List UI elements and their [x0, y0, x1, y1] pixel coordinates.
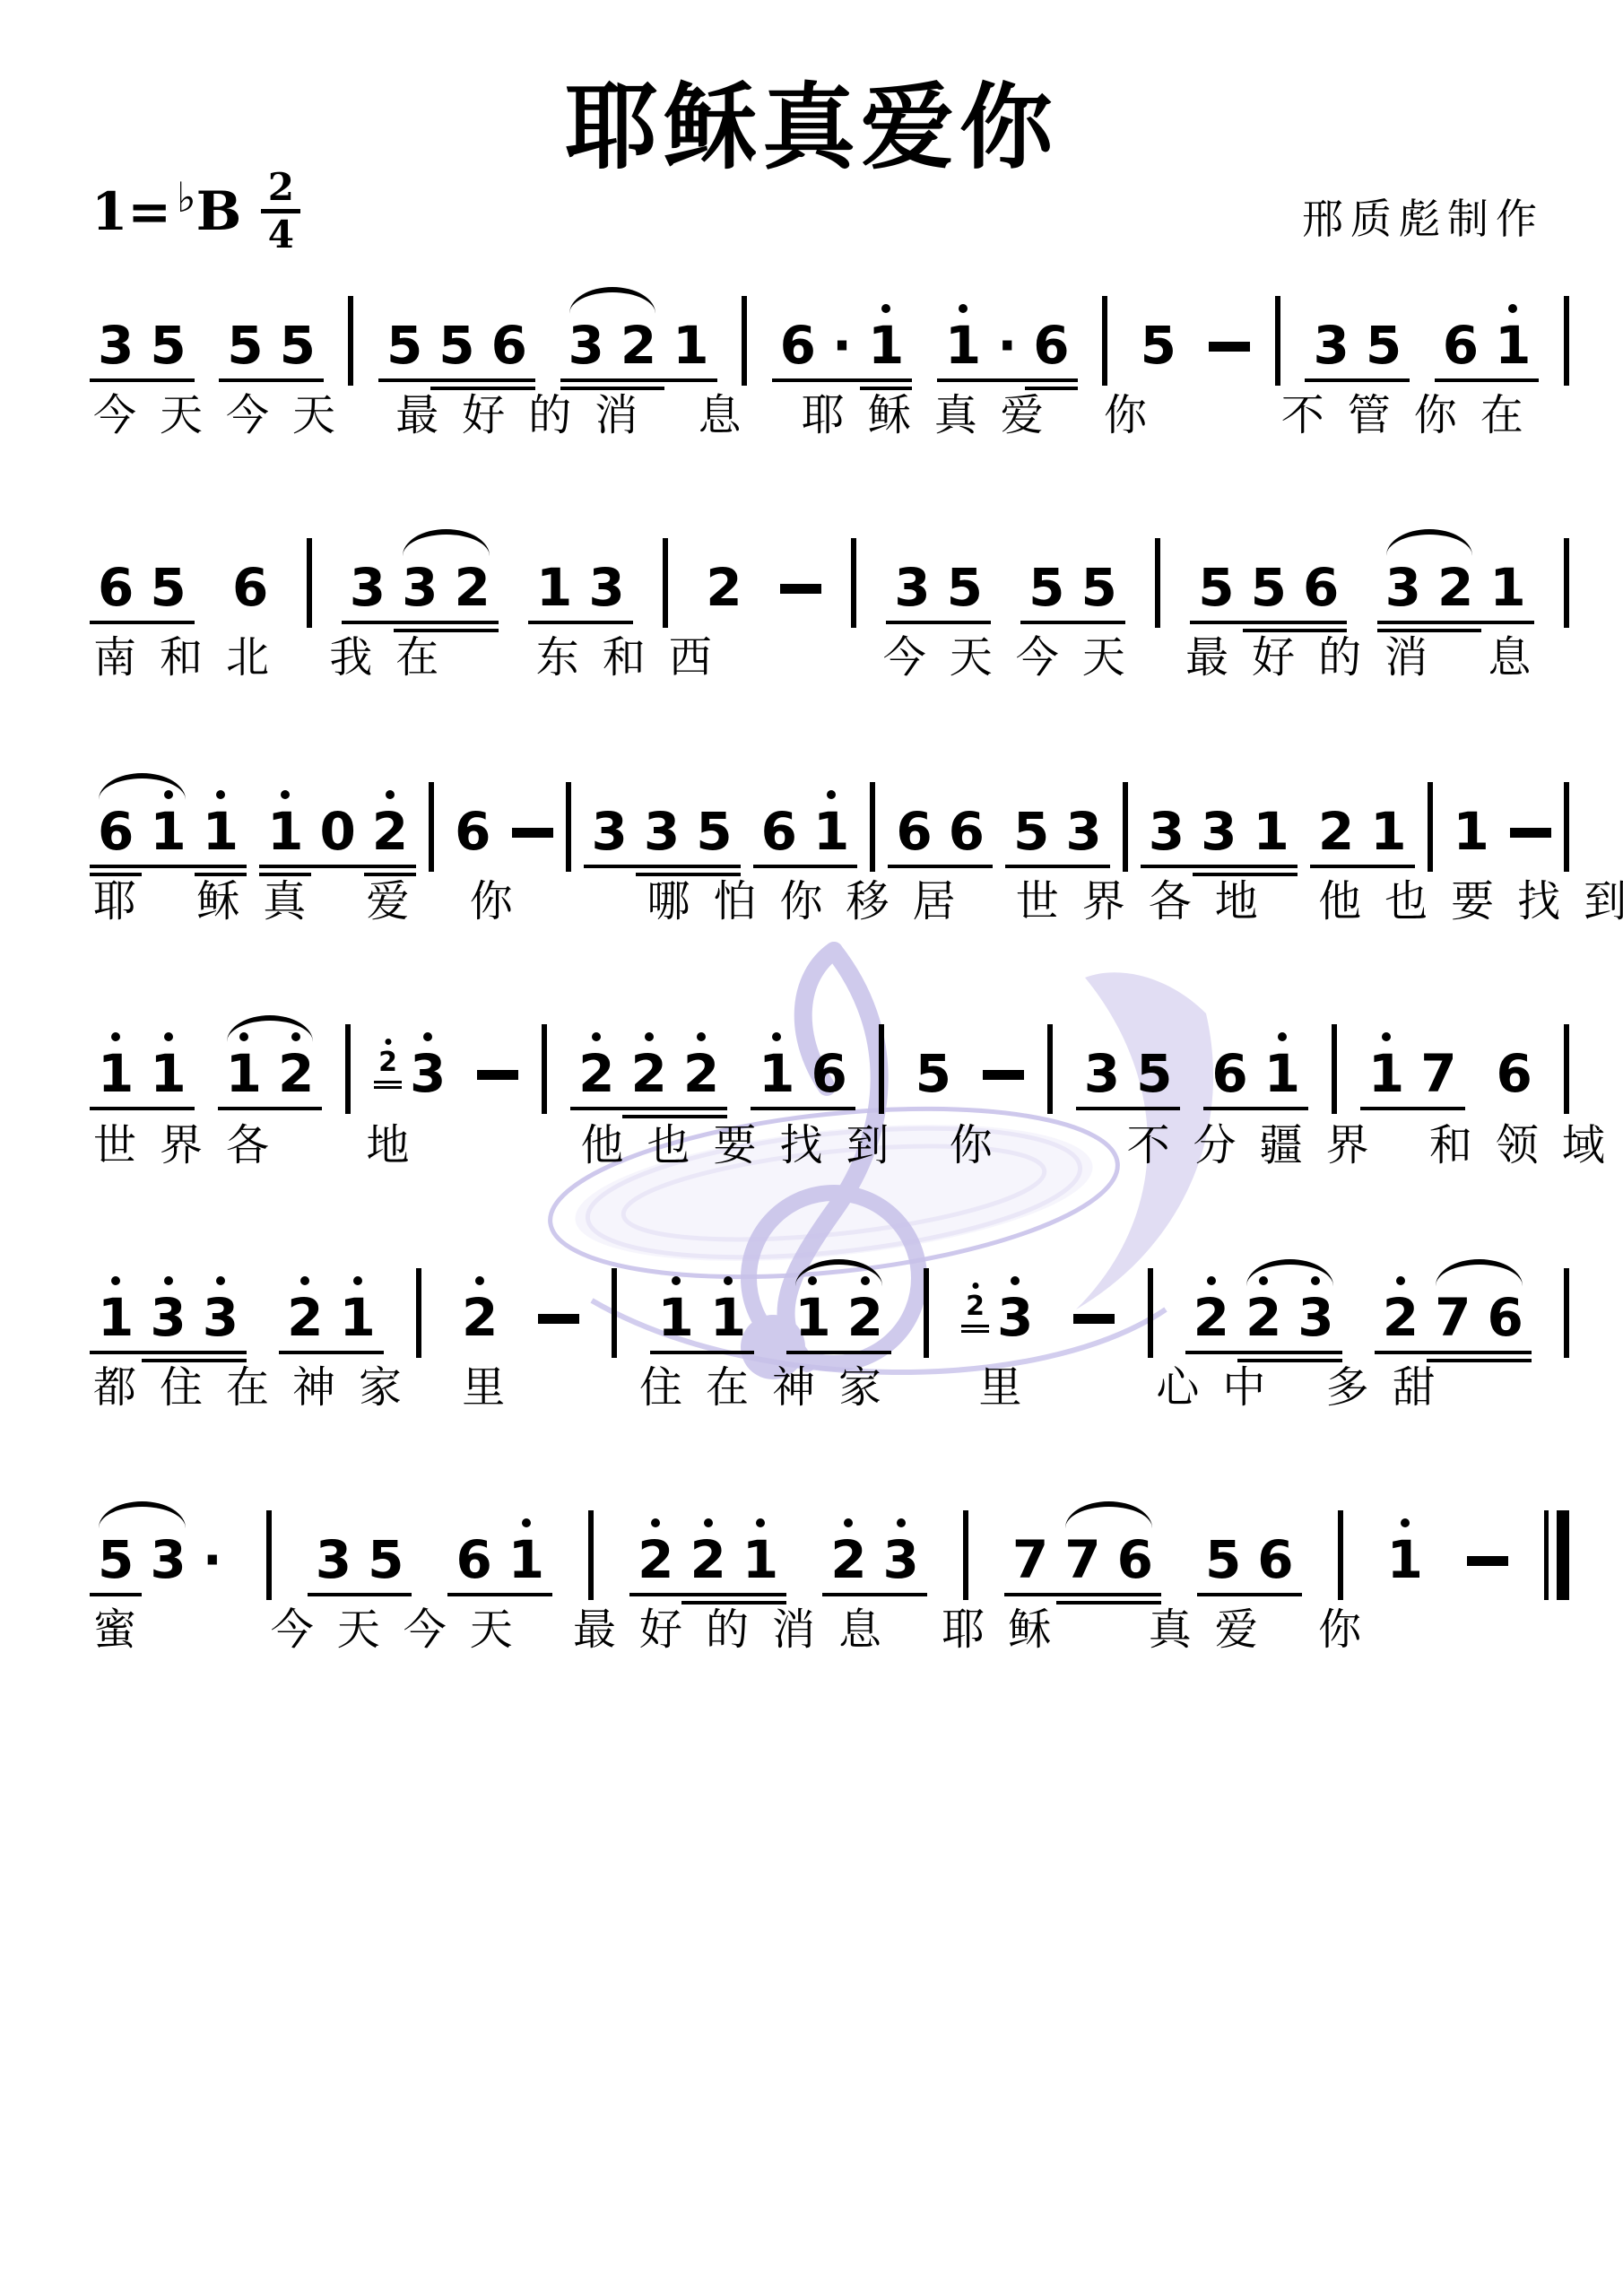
- slur: 12: [218, 1048, 323, 1100]
- note-group: 556: [1190, 561, 1347, 628]
- note-group: 35: [1076, 1048, 1181, 1114]
- note: 6: [90, 561, 142, 613]
- barline: [348, 296, 353, 386]
- barline: [1148, 1268, 1153, 1358]
- note: 5: [1128, 1048, 1180, 1100]
- note: 3: [90, 319, 142, 371]
- note-group: 13: [528, 561, 633, 628]
- lyrics-line-4: 世界各 地 他也要找到 你 不分疆界 和领域: [93, 1110, 1600, 1172]
- notes-line-2: 6563321323555556321: [90, 511, 1569, 628]
- note-group: 21: [1310, 805, 1415, 872]
- barline: [1047, 1024, 1053, 1114]
- note: 1: [142, 805, 194, 857]
- final-barline: [1544, 1510, 1569, 1600]
- note: 2: [270, 1048, 322, 1100]
- note: 2: [446, 561, 498, 613]
- barline: [851, 538, 856, 628]
- barline: [663, 538, 668, 628]
- note: 1: [259, 805, 311, 857]
- barline: [416, 1268, 421, 1358]
- note: 6: [1025, 319, 1077, 371]
- note-group: 11: [90, 1048, 195, 1114]
- note: 6: [888, 805, 940, 857]
- note: 6: [447, 805, 499, 857]
- note-group: 221: [629, 1534, 786, 1600]
- lyrics-line-2: 南和北 我在 东和西 今天今天 最好的消 息: [93, 622, 1600, 684]
- note: 1: [142, 1048, 194, 1100]
- slur: 76: [1427, 1291, 1532, 1344]
- note: 1: [1362, 805, 1414, 857]
- note: 3: [394, 561, 446, 613]
- duration-dash: [477, 1070, 518, 1080]
- notes-line-5: 133212111223223276: [90, 1241, 1569, 1358]
- barline: [1102, 296, 1107, 386]
- barline: [1332, 1024, 1337, 1114]
- note: 3: [142, 1534, 194, 1586]
- note-group: 35: [90, 319, 195, 386]
- note: 5: [430, 319, 482, 371]
- note: 3: [1076, 1048, 1128, 1100]
- final-barline-thick: [1557, 1510, 1569, 1600]
- note: 1: [937, 319, 989, 371]
- note: 2: [1185, 1291, 1237, 1344]
- note-group: 332: [342, 561, 499, 628]
- note: 3: [1377, 561, 1429, 613]
- note-group: 776: [1004, 1534, 1161, 1600]
- duration-dash: [780, 584, 821, 594]
- note: 7: [1004, 1534, 1056, 1586]
- duration-dash: [1073, 1314, 1115, 1324]
- note-group: 1: [1379, 1534, 1431, 1600]
- augmentation-dot: ·: [195, 1534, 230, 1586]
- time-signature-denominator: 4: [268, 216, 294, 254]
- note-group: 17: [1360, 1048, 1465, 1114]
- duration-dash: [983, 1070, 1024, 1080]
- note: 2: [1375, 1291, 1427, 1344]
- lyrics-line-6: 蜜 今天今天 最好的消息 耶稣 真爱 你: [93, 1595, 1600, 1657]
- note-group: 321: [560, 319, 717, 386]
- note: 6: [1249, 1534, 1301, 1586]
- slur: 76: [1056, 1534, 1161, 1586]
- note-group: 611: [90, 805, 247, 872]
- note: 3: [1057, 805, 1109, 857]
- note: 5: [90, 1534, 142, 1586]
- note: 2: [629, 1534, 681, 1586]
- grace-note: 2: [374, 1049, 402, 1076]
- barline: [266, 1510, 272, 1600]
- note-group: 12: [786, 1291, 891, 1358]
- note: 3: [1193, 805, 1245, 857]
- notes-line-4: 1112232221653561176: [90, 997, 1569, 1114]
- duration-dash: [512, 828, 553, 838]
- note-group: 2: [454, 1291, 506, 1358]
- note: 6: [1109, 1534, 1161, 1586]
- note-group: 5: [1133, 319, 1185, 386]
- note: 5: [1020, 561, 1072, 613]
- note-group: 53·: [90, 1534, 230, 1600]
- note-group: 2: [698, 561, 750, 628]
- note: 2: [698, 561, 750, 613]
- note-group: 35: [308, 1534, 412, 1600]
- note: 6: [803, 1048, 855, 1100]
- note-group: 321: [1377, 561, 1534, 628]
- barline: [566, 782, 571, 872]
- note: 6: [1479, 1291, 1531, 1344]
- song-title: 耶稣真爱你: [0, 52, 1623, 187]
- note: 3: [1141, 805, 1193, 857]
- note-group: 223: [1185, 1291, 1342, 1358]
- note: 6: [1488, 1048, 1540, 1100]
- note: 5: [688, 805, 740, 857]
- slur: 23: [1237, 1291, 1342, 1344]
- note: 6: [483, 319, 535, 371]
- note: 5: [378, 319, 430, 371]
- note: 6: [90, 805, 142, 857]
- note: 5: [272, 319, 324, 371]
- note: 1: [332, 1291, 384, 1344]
- final-barline-thin: [1544, 1510, 1549, 1600]
- note: 1: [664, 319, 716, 371]
- arranger-credit: 邢质彪制作: [1302, 187, 1544, 246]
- barline: [542, 1024, 547, 1114]
- note: 3: [142, 1291, 194, 1344]
- note: 1: [1487, 319, 1539, 371]
- note: 3: [560, 319, 612, 371]
- notes-line-3: 6111026335616653331211: [90, 755, 1569, 872]
- note: 3: [636, 805, 688, 857]
- barline: [1564, 538, 1569, 628]
- barline: [1564, 1268, 1569, 1358]
- sheet-music-page: 耶稣真爱你 1=♭B 2 4 邢质彪制作 35555563216·11·6535…: [0, 0, 1623, 2296]
- note: 6: [1295, 561, 1347, 613]
- note-group: 61: [1203, 1048, 1308, 1114]
- note-group: 331: [1141, 805, 1298, 872]
- barline: [1564, 1024, 1569, 1114]
- note-group: 23: [961, 1291, 1041, 1358]
- note: 6: [1435, 319, 1487, 371]
- note: 5: [1243, 561, 1295, 613]
- note-group: 65: [90, 561, 195, 628]
- rest-note: 0: [311, 805, 363, 857]
- note: 5: [219, 319, 271, 371]
- note: 3: [1289, 1291, 1341, 1344]
- barline: [1564, 296, 1569, 386]
- barline: [1338, 1510, 1343, 1600]
- barline: [963, 1510, 968, 1600]
- note: 5: [1133, 319, 1185, 371]
- note: 5: [1005, 805, 1057, 857]
- note-group: 55: [219, 319, 324, 386]
- note-group: 133: [90, 1291, 247, 1358]
- slur: 53: [90, 1534, 195, 1586]
- note-group: 61: [447, 1534, 552, 1600]
- slur: 32: [560, 319, 665, 371]
- note-group: 21: [279, 1291, 384, 1358]
- note: 6: [1203, 1048, 1255, 1100]
- note: 1: [1481, 561, 1533, 613]
- duration-dash: [1209, 342, 1250, 352]
- barline: [345, 1024, 351, 1114]
- barline: [924, 1268, 929, 1358]
- note: 1: [1379, 1534, 1431, 1586]
- barline: [1564, 782, 1569, 872]
- note: 1: [90, 1291, 142, 1344]
- note: 6: [753, 805, 805, 857]
- slur: 32: [1377, 561, 1482, 613]
- note: 3: [402, 1048, 454, 1100]
- note: 3: [195, 1291, 247, 1344]
- note-group: 35: [1305, 319, 1410, 386]
- slur: 61: [90, 805, 195, 857]
- barline: [870, 782, 875, 872]
- note: 7: [1412, 1048, 1464, 1100]
- note-group: 55: [1020, 561, 1125, 628]
- note: 3: [1305, 319, 1357, 371]
- note: 1: [90, 1048, 142, 1100]
- duration-dash: [538, 1314, 579, 1324]
- note: 6: [447, 1534, 499, 1586]
- note-group: 16: [751, 1048, 855, 1114]
- note: 2: [570, 1048, 622, 1100]
- augmentation-dot: ·: [824, 319, 860, 371]
- note: 2: [681, 1534, 733, 1586]
- barline: [307, 538, 312, 628]
- note: 1: [1245, 805, 1297, 857]
- barline: [588, 1510, 594, 1600]
- barline: [1275, 296, 1280, 386]
- notes-line-6: 53·356122123776561: [90, 1483, 1569, 1600]
- barline: [429, 782, 434, 872]
- barline: [1123, 782, 1128, 872]
- duration-dash: [1467, 1556, 1508, 1566]
- key-signature: 1=♭B 2 4: [91, 169, 300, 254]
- note-group: 53: [1005, 805, 1110, 872]
- note-group: 102: [259, 805, 416, 872]
- lyrics-line-1: 今天今天 最好的消 息 耶稣真爱 你 不管你在: [93, 380, 1600, 442]
- note: 5: [142, 561, 194, 613]
- note-group: 56: [1197, 1534, 1302, 1600]
- note-group: 6·1: [772, 319, 913, 386]
- barline: [1428, 782, 1433, 872]
- note: 2: [675, 1048, 727, 1100]
- note-group: 23: [822, 1534, 927, 1600]
- note: 3: [875, 1534, 927, 1586]
- note: 2: [1429, 561, 1481, 613]
- note-group: 12: [218, 1048, 323, 1114]
- note-group: 23: [374, 1048, 454, 1114]
- note: 2: [364, 805, 416, 857]
- note: 5: [939, 561, 991, 613]
- note: 7: [1427, 1291, 1479, 1344]
- note: 5: [1190, 561, 1242, 613]
- note: 1: [734, 1534, 786, 1586]
- note: 6: [772, 319, 824, 371]
- note: 1: [1445, 805, 1497, 857]
- note-group: 5: [907, 1048, 959, 1114]
- note: 3: [886, 561, 938, 613]
- note: 1: [805, 805, 857, 857]
- note: 5: [360, 1534, 412, 1586]
- note: 1: [1256, 1048, 1308, 1100]
- key-note: B: [196, 180, 242, 243]
- note-group: 11: [650, 1291, 755, 1358]
- notes-line-1: 35555563216·11·653561: [90, 269, 1569, 386]
- note: 6: [941, 805, 993, 857]
- note: 2: [454, 1291, 506, 1344]
- lyrics-line-3: 耶 稣真 爱 你 哪怕你移居 世界各地 他也要找到 你: [93, 866, 1600, 928]
- duration-dash: [1510, 828, 1551, 838]
- note: 2: [622, 1048, 674, 1100]
- note: 5: [1073, 561, 1125, 613]
- time-signature-numerator: 2: [268, 169, 294, 206]
- note: 1: [650, 1291, 702, 1344]
- note: 1: [751, 1048, 803, 1100]
- time-signature: 2 4: [261, 169, 300, 254]
- note: 1: [195, 805, 247, 857]
- note-group: 66: [888, 805, 993, 872]
- note: 1: [702, 1291, 754, 1344]
- note: 2: [822, 1534, 874, 1586]
- augmentation-dot: ·: [989, 319, 1025, 371]
- note-group: 61: [753, 805, 858, 872]
- note: 5: [1358, 319, 1410, 371]
- note: 1: [528, 561, 580, 613]
- slur: 12: [786, 1291, 891, 1344]
- note: 3: [989, 1291, 1041, 1344]
- note: 1: [500, 1534, 552, 1586]
- note: 3: [584, 805, 636, 857]
- lyrics-line-5: 都住在神家 里 住在神家 里 心中 多甜: [93, 1352, 1600, 1414]
- note-group: 6: [224, 561, 276, 628]
- grace-note: 2: [961, 1293, 989, 1320]
- note-group: 335: [584, 805, 741, 872]
- barline: [879, 1024, 884, 1114]
- note: 6: [224, 561, 276, 613]
- note: 1: [860, 319, 912, 371]
- note: 2: [1310, 805, 1362, 857]
- slur: 32: [394, 561, 499, 613]
- note-group: 1·6: [937, 319, 1078, 386]
- note: 1: [786, 1291, 838, 1344]
- note-group: 6: [447, 805, 499, 872]
- note: 2: [279, 1291, 331, 1344]
- note-group: 556: [378, 319, 535, 386]
- note: 2: [839, 1291, 891, 1344]
- note: 7: [1056, 1534, 1108, 1586]
- note: 5: [142, 319, 194, 371]
- note: 3: [308, 1534, 360, 1586]
- note-group: 276: [1375, 1291, 1532, 1358]
- flat-sign-icon: ♭: [177, 173, 196, 222]
- note: 2: [612, 319, 664, 371]
- note-group: 1: [1445, 805, 1497, 872]
- barline: [742, 296, 747, 386]
- note: 2: [1237, 1291, 1289, 1344]
- barline: [612, 1268, 617, 1358]
- note-group: 6: [1488, 1048, 1540, 1114]
- note: 1: [218, 1048, 270, 1100]
- note: 3: [580, 561, 632, 613]
- note-group: 35: [886, 561, 991, 628]
- note-group: 222: [570, 1048, 727, 1114]
- note: 1: [1360, 1048, 1412, 1100]
- note-group: 61: [1435, 319, 1540, 386]
- barline: [1155, 538, 1160, 628]
- note: 5: [1197, 1534, 1249, 1586]
- note: 3: [342, 561, 394, 613]
- note: 5: [907, 1048, 959, 1100]
- key-prefix: 1=: [91, 181, 171, 242]
